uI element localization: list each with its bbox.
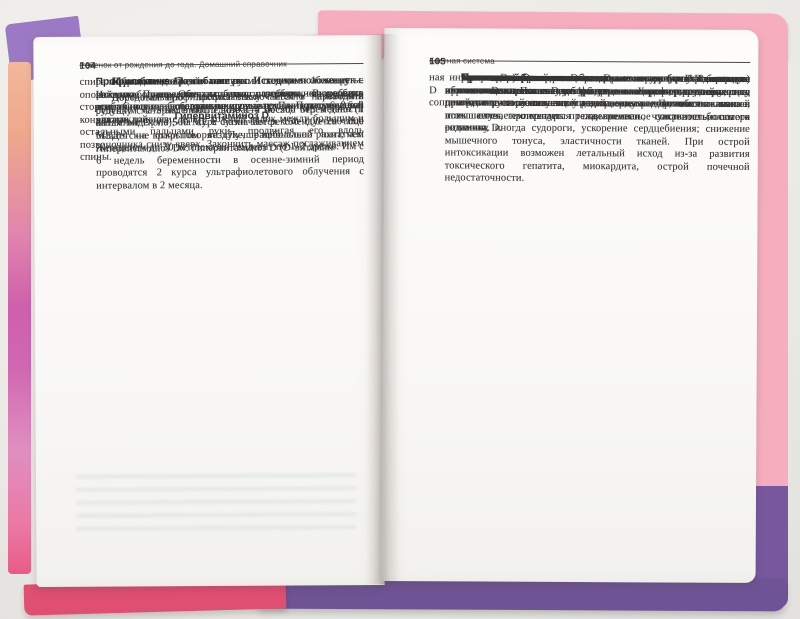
left-running-head: Ребенок от рождения до года. Домашний сп…: [79, 60, 286, 70]
right-page-header: Костная система 105: [429, 56, 750, 63]
paragraph-text: При хронической интоксикации витамином D…: [445, 72, 750, 99]
page-showthrough: [76, 473, 356, 539]
left-page-body: спиралеобразные движения согнутыми пальц…: [80, 75, 364, 123]
right-page: Костная система 105 ная интоксикация) ра…: [382, 28, 759, 583]
paragraph-text: Детские врачи говорят: «Лучше небольшой …: [96, 129, 364, 156]
right-page-body: ная интоксикация) развивается вследствие…: [429, 72, 750, 74]
book-cover-left-edge-gradient: [8, 62, 31, 574]
left-page-header: 104 Ребенок от рождения до года. Домашни…: [79, 59, 363, 66]
section-heading-hypervitaminosis-d: Гипервитаминоз D: [80, 110, 364, 123]
page-gutter-shadow: [366, 34, 400, 584]
paragraph: При хронической интоксикации витамином D…: [429, 72, 750, 74]
right-page-number: 105: [429, 56, 446, 67]
left-page: 104 Ребенок от рождения до года. Домашни…: [33, 35, 384, 587]
section-heading-prophylaxis: Профилактика: [96, 75, 364, 88]
open-book-photo: 104 Ребенок от рождения до года. Домашни…: [0, 0, 800, 619]
